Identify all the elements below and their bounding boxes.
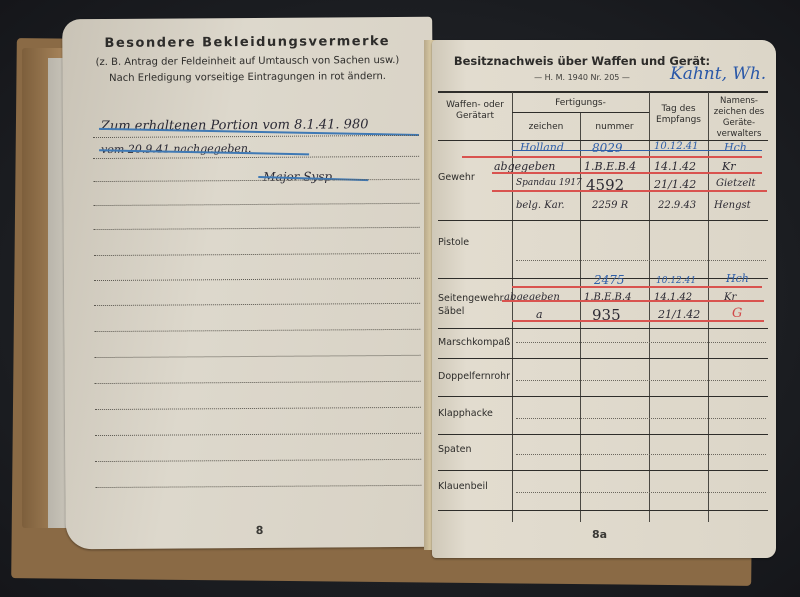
left-page: Besondere Bekleidungsvermerke (z. B. Ant… bbox=[62, 17, 436, 550]
row-rule bbox=[438, 328, 768, 329]
writing-line bbox=[94, 303, 420, 306]
seitengewehr-entry-1-tag: 10.12.41 bbox=[656, 276, 696, 286]
entry-dots bbox=[516, 342, 766, 343]
writing-line bbox=[94, 278, 420, 281]
header-waffen: Waffen- oder Gerätart bbox=[438, 100, 512, 122]
writing-line bbox=[95, 381, 421, 384]
row-label-klauenbeil: Klauenbeil bbox=[438, 481, 488, 492]
row-rule bbox=[438, 396, 768, 397]
writing-line bbox=[94, 253, 420, 256]
left-page-title: Besondere Bekleidungsvermerke bbox=[62, 34, 432, 52]
row-label-gewehr: Gewehr bbox=[438, 172, 475, 183]
row-rule bbox=[438, 220, 768, 221]
row-rule bbox=[438, 470, 768, 471]
row-label-marschkompass: Marschkompaß bbox=[438, 337, 510, 348]
left-page-subtitle-2: Nach Erledigung vorseitige Eintragungen … bbox=[63, 71, 433, 85]
gewehr-entry-4-namen: Hengst bbox=[714, 200, 751, 211]
gewehr-entry-1-namen: Hch bbox=[724, 141, 747, 154]
header-namenszeichen: Namens-zeichen des Geräte-verwalters bbox=[709, 96, 769, 140]
row-label-doppelfernrohr: Doppelfernrohr bbox=[438, 371, 510, 382]
header-nummer: nummer bbox=[580, 122, 649, 133]
entry-dots bbox=[516, 454, 766, 455]
writing-line bbox=[93, 203, 419, 206]
writing-line bbox=[95, 433, 421, 436]
gewehr-entry-4-nummer: 2259 R bbox=[592, 200, 628, 211]
table-bottom-rule bbox=[438, 510, 768, 511]
seitengewehr-entry-1-nummer: 2475 bbox=[594, 273, 625, 287]
writing-line bbox=[95, 485, 421, 488]
gewehr-entry-4-tag: 22.9.43 bbox=[658, 200, 696, 211]
red-strike bbox=[462, 156, 762, 158]
writing-line bbox=[95, 407, 421, 410]
red-strike bbox=[512, 286, 762, 288]
writing-line bbox=[93, 179, 419, 182]
seitengewehr-entry-3-namen: G bbox=[732, 306, 742, 321]
gewehr-entry-4-zeichen: belg. Kar. bbox=[516, 200, 565, 211]
header-zeichen: zeichen bbox=[512, 122, 580, 133]
right-page-number: 8a bbox=[592, 528, 607, 541]
entry-dots bbox=[516, 260, 766, 261]
red-strike bbox=[502, 300, 764, 302]
entry-dots bbox=[516, 492, 766, 493]
entry-dots bbox=[516, 418, 766, 419]
gewehr-entry-3-namen: Gietzelt bbox=[716, 178, 756, 189]
blue-strike bbox=[512, 150, 762, 151]
subheader-rule bbox=[512, 112, 649, 113]
left-page-number: 8 bbox=[256, 524, 264, 537]
writing-line bbox=[95, 355, 421, 358]
gewehr-entry-3-zeichen: Spandau 1917 bbox=[516, 178, 582, 188]
gewehr-entry-1-zeichen: Holland bbox=[520, 141, 564, 154]
right-page: Besitznachweis über Waffen und Gerät: — … bbox=[432, 40, 776, 558]
writing-line bbox=[95, 459, 421, 462]
row-rule bbox=[438, 358, 768, 359]
header-fertigungs: Fertigungs- bbox=[512, 98, 649, 109]
table-top-rule bbox=[438, 91, 768, 93]
red-strike bbox=[492, 190, 767, 192]
row-rule bbox=[438, 434, 768, 435]
entry-dots bbox=[516, 380, 766, 381]
seitengewehr-entry-1-namen: Hch bbox=[726, 272, 749, 285]
writing-line bbox=[94, 227, 420, 230]
row-label-klapphacke: Klapphacke bbox=[438, 408, 493, 419]
row-label-seitengewehr: Seitengewehr Säbel bbox=[438, 292, 508, 318]
writing-line bbox=[93, 135, 419, 138]
handwritten-owner-name: Kahnt, Wh. bbox=[670, 64, 766, 84]
writing-line bbox=[94, 329, 420, 332]
red-strike bbox=[512, 320, 764, 322]
left-page-subtitle-1: (z. B. Antrag der Feldeinheit auf Umtaus… bbox=[62, 55, 432, 69]
gewehr-entry-1-nummer: 8029 bbox=[592, 141, 623, 155]
row-label-spaten: Spaten bbox=[438, 444, 471, 455]
header-tag-des-empfangs: Tag des Empfangs bbox=[649, 104, 708, 126]
writing-line bbox=[93, 156, 419, 159]
red-strike bbox=[492, 172, 762, 174]
row-label-pistole: Pistole bbox=[438, 237, 469, 248]
